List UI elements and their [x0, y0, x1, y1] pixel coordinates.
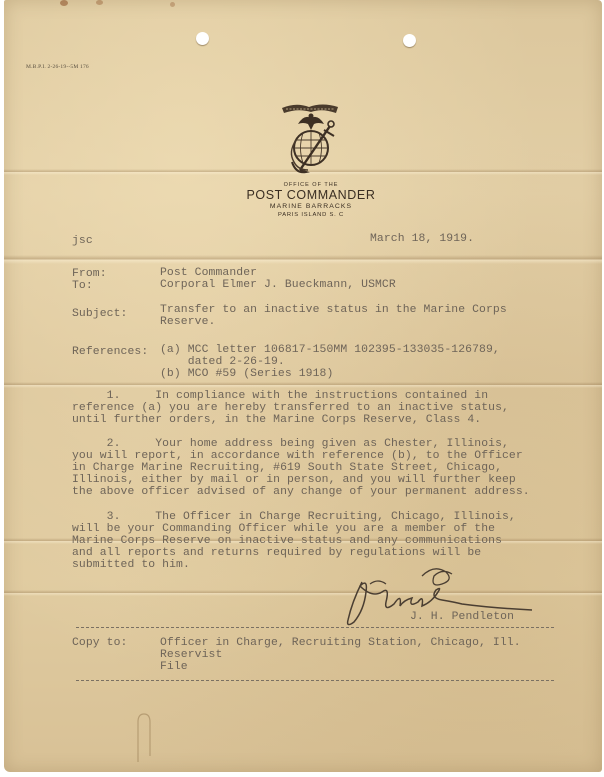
paperclip-imprint-icon	[134, 712, 154, 772]
punch-hole-left	[196, 32, 209, 45]
fold-line	[4, 255, 602, 264]
subject-line-1: Transfer to an inactive status in the Ma…	[160, 304, 507, 317]
from-label: From:	[72, 268, 107, 281]
paragraph-line: Marine Corps Reserve on inactive status …	[72, 535, 502, 548]
letter-page: M.B.P.I. 2-26-19--5M 176 OFFICE OF THE P…	[4, 0, 602, 772]
divider-dashed-bottom	[76, 680, 554, 681]
paragraph-line: will be your Commanding Officer while yo…	[72, 523, 495, 536]
letterhead-title: POST COMMANDER	[226, 188, 396, 202]
typed-signature-name: J. H. Pendleton	[410, 611, 514, 624]
copy-to-recipient: File	[160, 661, 188, 674]
copy-to-recipient: Officer in Charge, Recruiting Station, C…	[160, 637, 521, 650]
paragraph-line: in Charge Marine Recruiting, #619 South …	[72, 462, 502, 475]
letter-date: March 18, 1919.	[370, 233, 474, 246]
references-label: References:	[72, 346, 148, 359]
reference-a-line-2: dated 2-26-19.	[160, 356, 285, 369]
letterhead-unit: MARINE BARRACKS	[226, 203, 396, 210]
reference-a-line-1: (a) MCC letter 106817-150MM 102395-13303…	[160, 344, 500, 357]
paragraph-line: submitted to him.	[72, 559, 190, 572]
rust-stain	[60, 0, 68, 6]
punch-hole-right	[403, 34, 416, 47]
fold-line	[4, 382, 602, 388]
paragraph-line: 1. In compliance with the instructions c…	[72, 390, 488, 403]
copy-to-recipient: Reservist	[160, 649, 222, 662]
eagle-globe-anchor-icon	[276, 100, 346, 180]
subject-line-2: Reserve.	[160, 316, 215, 329]
typist-initials: jsc	[72, 235, 93, 248]
letterhead: OFFICE OF THE POST COMMANDER MARINE BARR…	[226, 100, 396, 218]
paragraph-line: you will report, in accordance with refe…	[72, 450, 523, 463]
to-value: Corporal Elmer J. Bueckmann, USMCR	[160, 279, 396, 292]
divider-dashed-top	[76, 627, 554, 628]
paragraph-line: until further orders, in the Marine Corp…	[72, 414, 481, 427]
paragraph-line: Illinois, either by mail or in person, a…	[72, 474, 516, 487]
rust-stain	[96, 0, 103, 5]
subject-label: Subject:	[72, 308, 127, 321]
paragraph-line: 3. The Officer in Charge Recruiting, Chi…	[72, 511, 516, 524]
paragraph-line: and all reports and returns required by …	[72, 547, 481, 560]
reference-b: (b) MCO #59 (Series 1918)	[160, 368, 333, 381]
copy-to-label: Copy to:	[72, 637, 127, 650]
paragraph-line: the above officer advised of any change …	[72, 486, 530, 499]
rust-stain	[170, 2, 175, 7]
paragraph-line: 2. Your home address being given as Ches…	[72, 438, 509, 451]
from-value: Post Commander	[160, 267, 257, 280]
form-code: M.B.P.I. 2-26-19--5M 176	[26, 64, 89, 70]
to-label: To:	[72, 280, 93, 293]
letterhead-location: PARIS ISLAND S. C	[226, 212, 396, 218]
paragraph-line: reference (a) you are hereby transferred…	[72, 402, 509, 415]
